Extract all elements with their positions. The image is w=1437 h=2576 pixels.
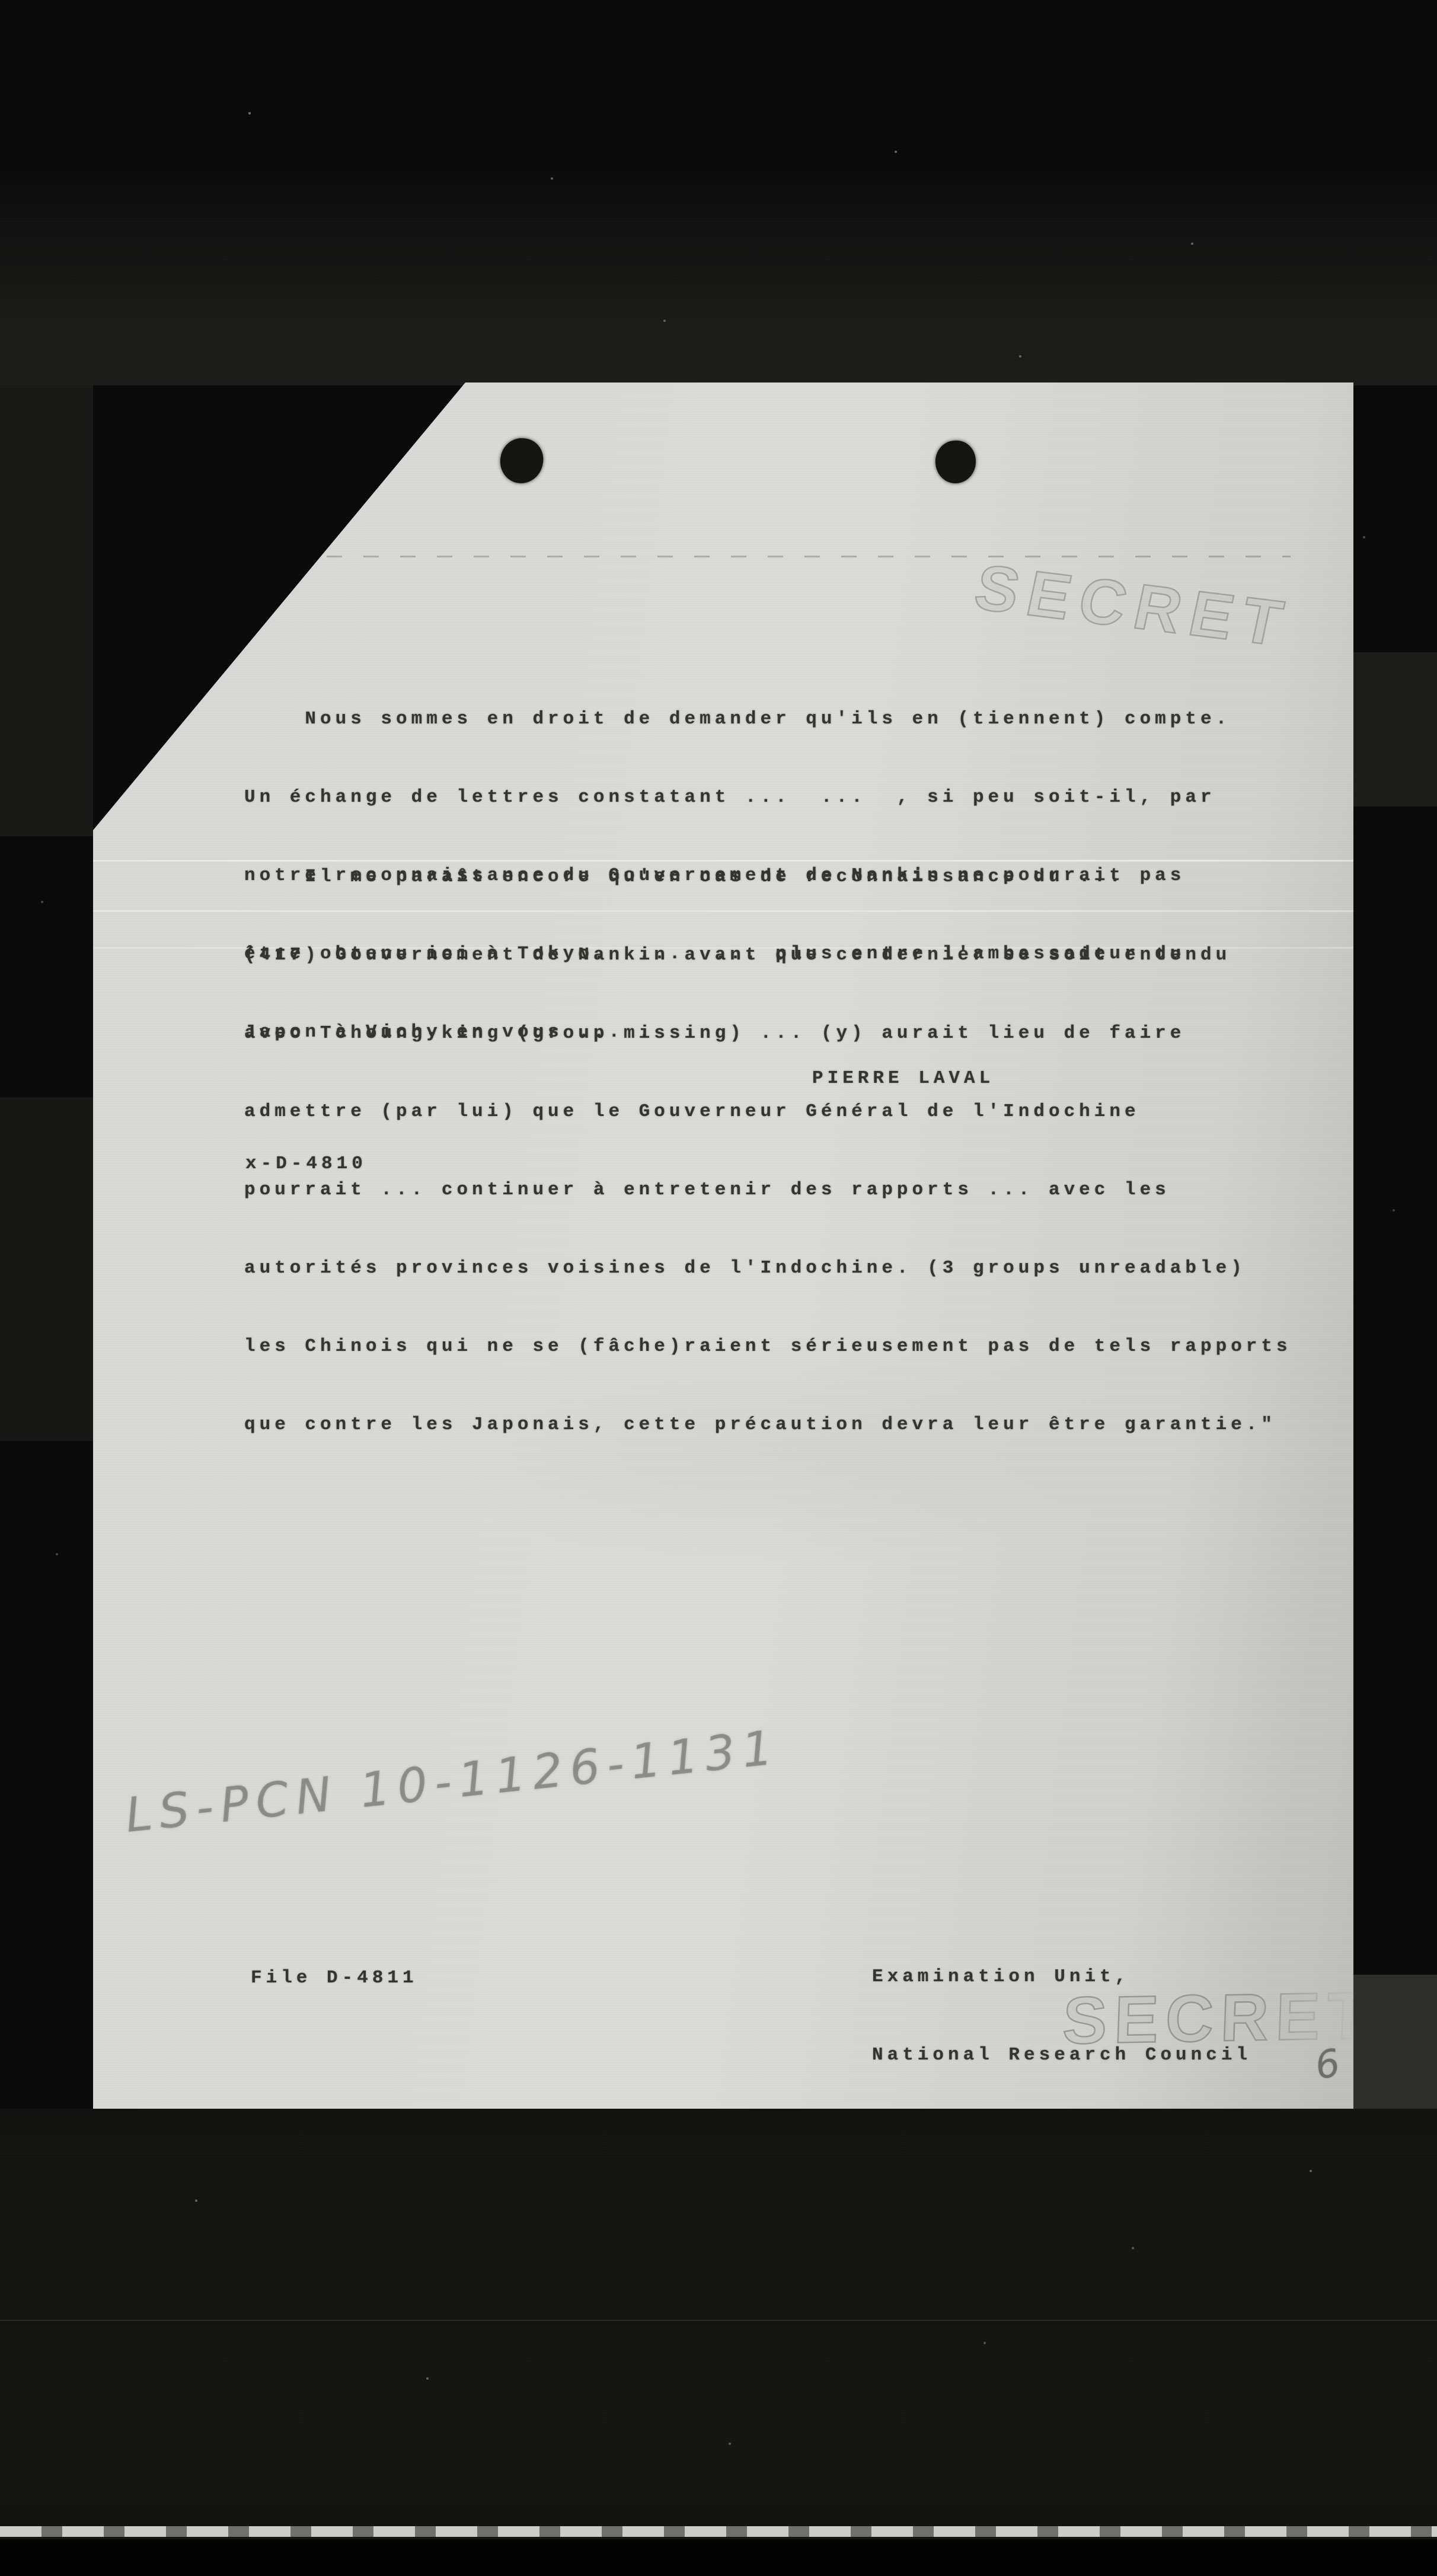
typed-line: Il me paraît encore qu'en cas de reconna… [244, 864, 1292, 890]
typed-line: avec Tchoung-king (group missing) ... (y… [244, 1021, 1292, 1047]
typed-line: (417) Gouvernement de Nankin avant que c… [244, 942, 1292, 968]
typed-line: Nous sommes en droit de demander qu'ils … [244, 706, 1231, 732]
punch-hole-right [934, 439, 978, 485]
typed-line: pourrait ... continuer à entretenir des … [244, 1177, 1292, 1203]
film-edge-strip [0, 2526, 1437, 2537]
file-number: File D-4811 [251, 1965, 418, 1991]
document-page: SECRET Nous sommes en droit de demander … [93, 382, 1353, 2109]
dust-specks [0, 0, 1, 1]
handwritten-annotation: LS-PCN 10-1126-1131 [123, 1720, 782, 1843]
film-exposure-band [0, 160, 1437, 385]
film-scratch-line [0, 2320, 1437, 2321]
film-bottom-area [0, 2109, 1437, 2576]
typed-line: admettre (par lui) que le Gouverneur Gén… [244, 1099, 1292, 1125]
reference-number: x-D-4810 [245, 1151, 367, 1177]
typed-line: les Chinois qui ne se (fâche)raient séri… [244, 1334, 1292, 1360]
film-margin-patch [1353, 652, 1437, 806]
film-edge-black [0, 2539, 1437, 2576]
punch-hole-left [497, 435, 546, 486]
secret-stamp-top: SECRET [969, 550, 1298, 661]
film-margin-patch [0, 1097, 93, 1441]
film-margin-patch [1353, 1975, 1437, 2111]
typed-line: autorités provinces voisines de l'Indoch… [244, 1255, 1292, 1281]
typed-line: Un échange de lettres constatant ... ...… [244, 785, 1231, 811]
paragraph-2: Il me paraît encore qu'en cas de reconna… [244, 812, 1292, 1490]
film-margin-patch [0, 385, 93, 836]
typed-line: que contre les Japonais, cette précautio… [244, 1412, 1292, 1438]
signature: PIERRE LAVAL [812, 1066, 994, 1092]
scan-artifact-dashes [253, 556, 1291, 557]
microfilm-background: SECRET Nous sommes en droit de demander … [0, 0, 1437, 2576]
